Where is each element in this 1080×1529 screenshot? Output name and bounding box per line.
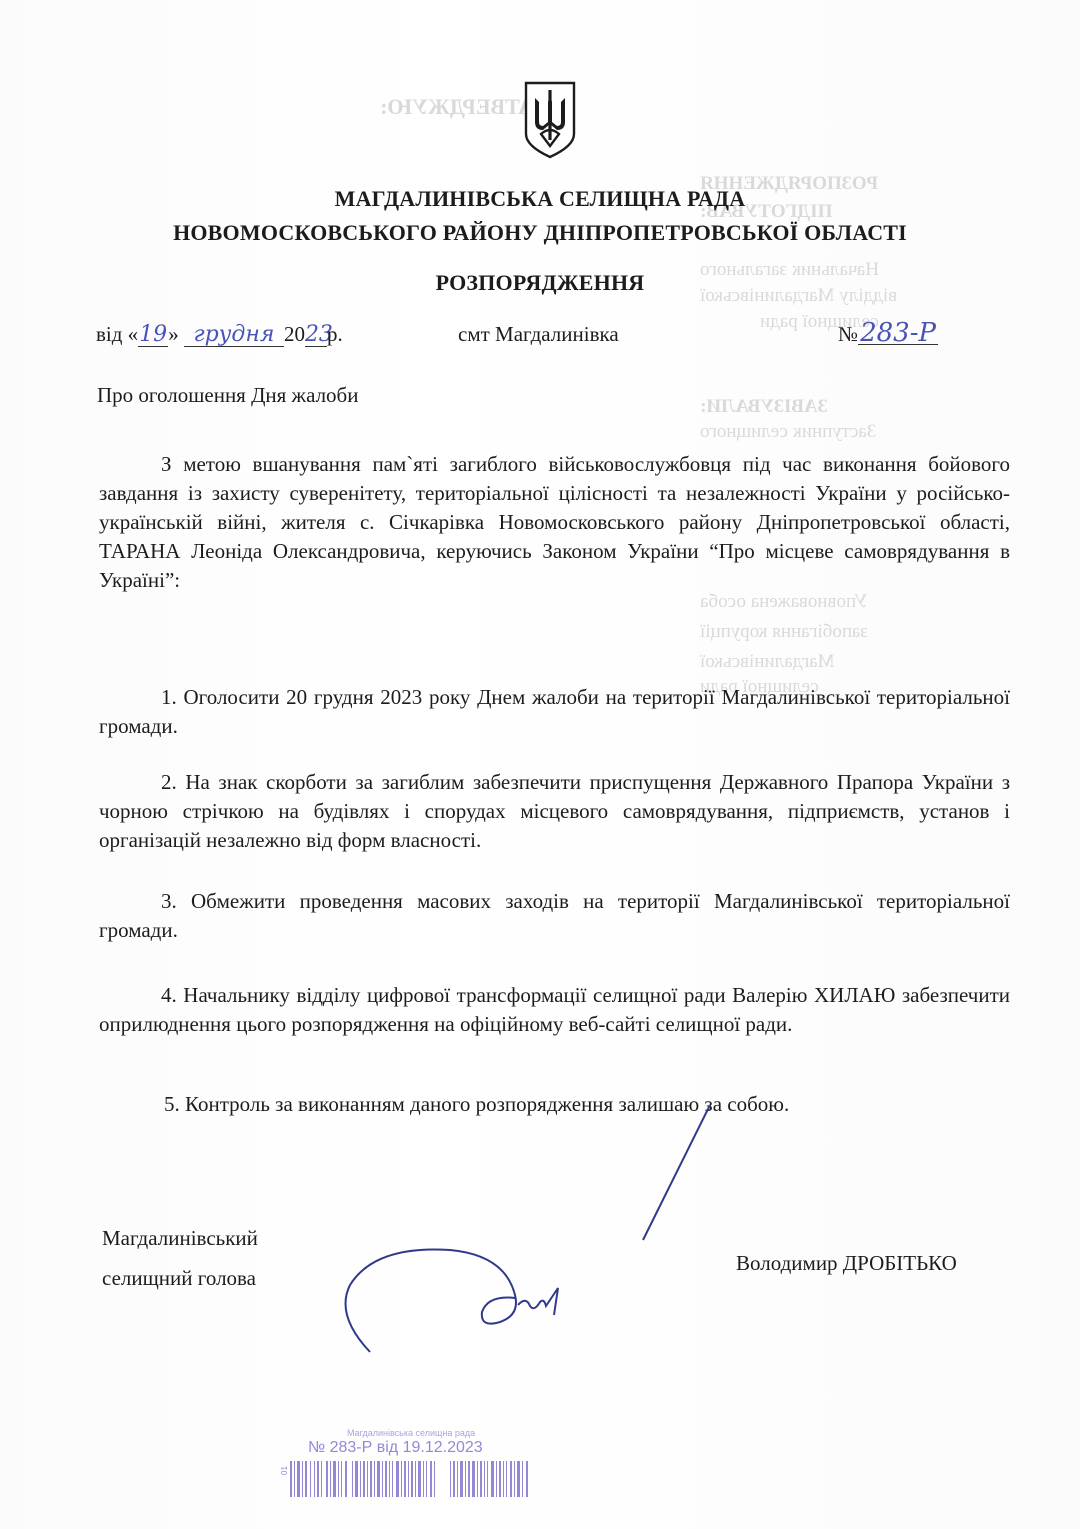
signatory-title: Магдалинівський селищний голова <box>102 1218 258 1298</box>
document-number: №283-Р <box>838 322 938 347</box>
stamp-org: Магдалинівська селищна рада <box>280 1428 530 1438</box>
date-month-handwritten: грудня <box>184 324 284 347</box>
registration-stamp: Магдалинівська селищна рада № 283-Р від … <box>280 1428 530 1499</box>
document-number-handwritten: 283-Р <box>858 322 938 345</box>
bleed-through-text: ЗАВІЗУВАЛИ: <box>700 395 828 419</box>
bleed-through-text: ЗАТВЕРДЖУЮ: <box>380 95 546 119</box>
document-date: від «19» грудня2023р. <box>96 322 343 347</box>
district-name: НОВОМОСКОВСЬКОГО РАЙОНУ ДНІПРОПЕТРОВСЬКО… <box>0 220 1080 246</box>
bleed-through-text: Заступник селищного <box>700 420 876 444</box>
document-place: смт Магдалинівка <box>458 322 619 347</box>
document-page: ЗАТВЕРДЖУЮ: РОЗПОРЯДЖЕННЯ ПІДГОТУВАВ: На… <box>0 0 1080 1529</box>
intro-paragraph: З метою вшанування пам`яті загиблого вій… <box>99 450 1010 595</box>
bleed-through-text: Магдалинівської <box>700 650 835 674</box>
barcode-icon <box>290 1461 530 1497</box>
document-subject: Про оголошення Дня жалоби <box>97 383 358 408</box>
bleed-through-text: запобігання корупції <box>700 620 868 644</box>
date-year-handwritten: 23 <box>305 324 327 347</box>
handwritten-signature-icon <box>330 1100 730 1360</box>
order-item-4: 4. Начальнику відділу цифрової трансформ… <box>99 981 1010 1039</box>
council-name: МАГДАЛИНІВСЬКА СЕЛИЩНА РАДА <box>0 186 1080 212</box>
order-item-3: 3. Обмежити проведення масових заходів н… <box>99 887 1010 945</box>
order-item-2: 2. На знак скорботи за загиблим забезпеч… <box>99 768 1010 855</box>
signatory-name: Володимир ДРОБІТЬКО <box>736 1251 957 1276</box>
order-item-1: 1. Оголосити 20 грудня 2023 року Днем жа… <box>99 683 1010 741</box>
date-day-handwritten: 19 <box>138 324 168 347</box>
document-type-title: РОЗПОРЯДЖЕННЯ <box>0 270 1080 296</box>
trident-emblem-icon <box>523 80 577 160</box>
stamp-number: № 283-Р від 19.12.2023 <box>280 1439 530 1457</box>
barcode: 01 <box>280 1461 530 1499</box>
